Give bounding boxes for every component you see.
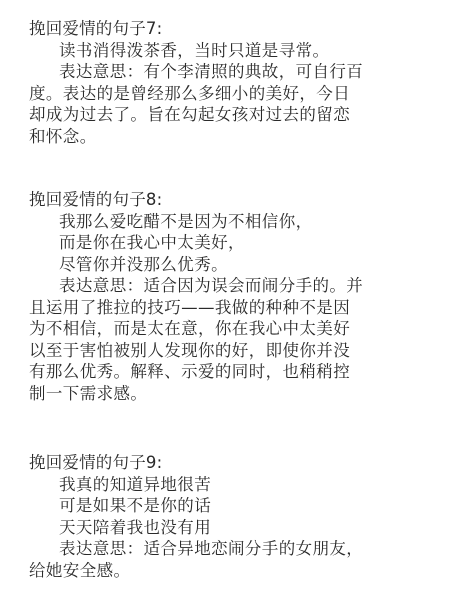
explanation-line: 表达意思：适合因为误会而闹分手的。并 (29, 275, 409, 297)
quote-line: 读书消得泼茶香，当时只道是寻常。 (29, 40, 409, 62)
explanation-line: 给她安全感。 (29, 560, 409, 582)
explanation-line: 却成为过去了。旨在勾起女孩对过去的留恋 (29, 104, 409, 126)
explanation-line: 以至于害怕被别人发现你的好，即使你并没 (29, 340, 409, 362)
section-9: 挽回爱情的句子9: 我真的知道异地很苦 可是如果不是你的话 天天陪着我也没有用 … (29, 452, 409, 581)
explanation-line: 有那么优秀。解释、示爱的同时，也稍稍控 (29, 361, 409, 383)
quote-line: 我真的知道异地很苦 (29, 474, 409, 496)
quote-line: 我那么爱吃醋不是因为不相信你， (29, 211, 409, 233)
explanation-line: 表达意思：有个李清照的典故，可自行百 (29, 61, 409, 83)
quote-line: 尽管你并没那么优秀。 (29, 254, 409, 276)
explanation-line: 且运用了推拉的技巧——我做的种种不是因 (29, 297, 409, 319)
section-title: 挽回爱情的句子7: (29, 18, 409, 40)
quote-line: 而是你在我心中太美好， (29, 232, 409, 254)
explanation-line: 为不相信，而是太在意，你在我心中太美好 (29, 318, 409, 340)
section-7: 挽回爱情的句子7: 读书消得泼茶香，当时只道是寻常。 表达意思：有个李清照的典故… (29, 18, 409, 147)
section-8: 挽回爱情的句子8: 我那么爱吃醋不是因为不相信你， 而是你在我心中太美好， 尽管… (29, 189, 409, 404)
explanation-line: 制一下需求感。 (29, 383, 409, 405)
quote-line: 可是如果不是你的话 (29, 495, 409, 517)
quote-line: 天天陪着我也没有用 (29, 517, 409, 539)
section-title: 挽回爱情的句子8: (29, 189, 409, 211)
document-page: 挽回爱情的句子7: 读书消得泼茶香，当时只道是寻常。 表达意思：有个李清照的典故… (0, 0, 449, 600)
explanation-line: 度。表达的是曾经那么多细小的美好，今日 (29, 83, 409, 105)
explanation-line: 和怀念。 (29, 126, 409, 148)
explanation-line: 表达意思：适合异地恋闹分手的女朋友， (29, 538, 409, 560)
section-title: 挽回爱情的句子9: (29, 452, 409, 474)
